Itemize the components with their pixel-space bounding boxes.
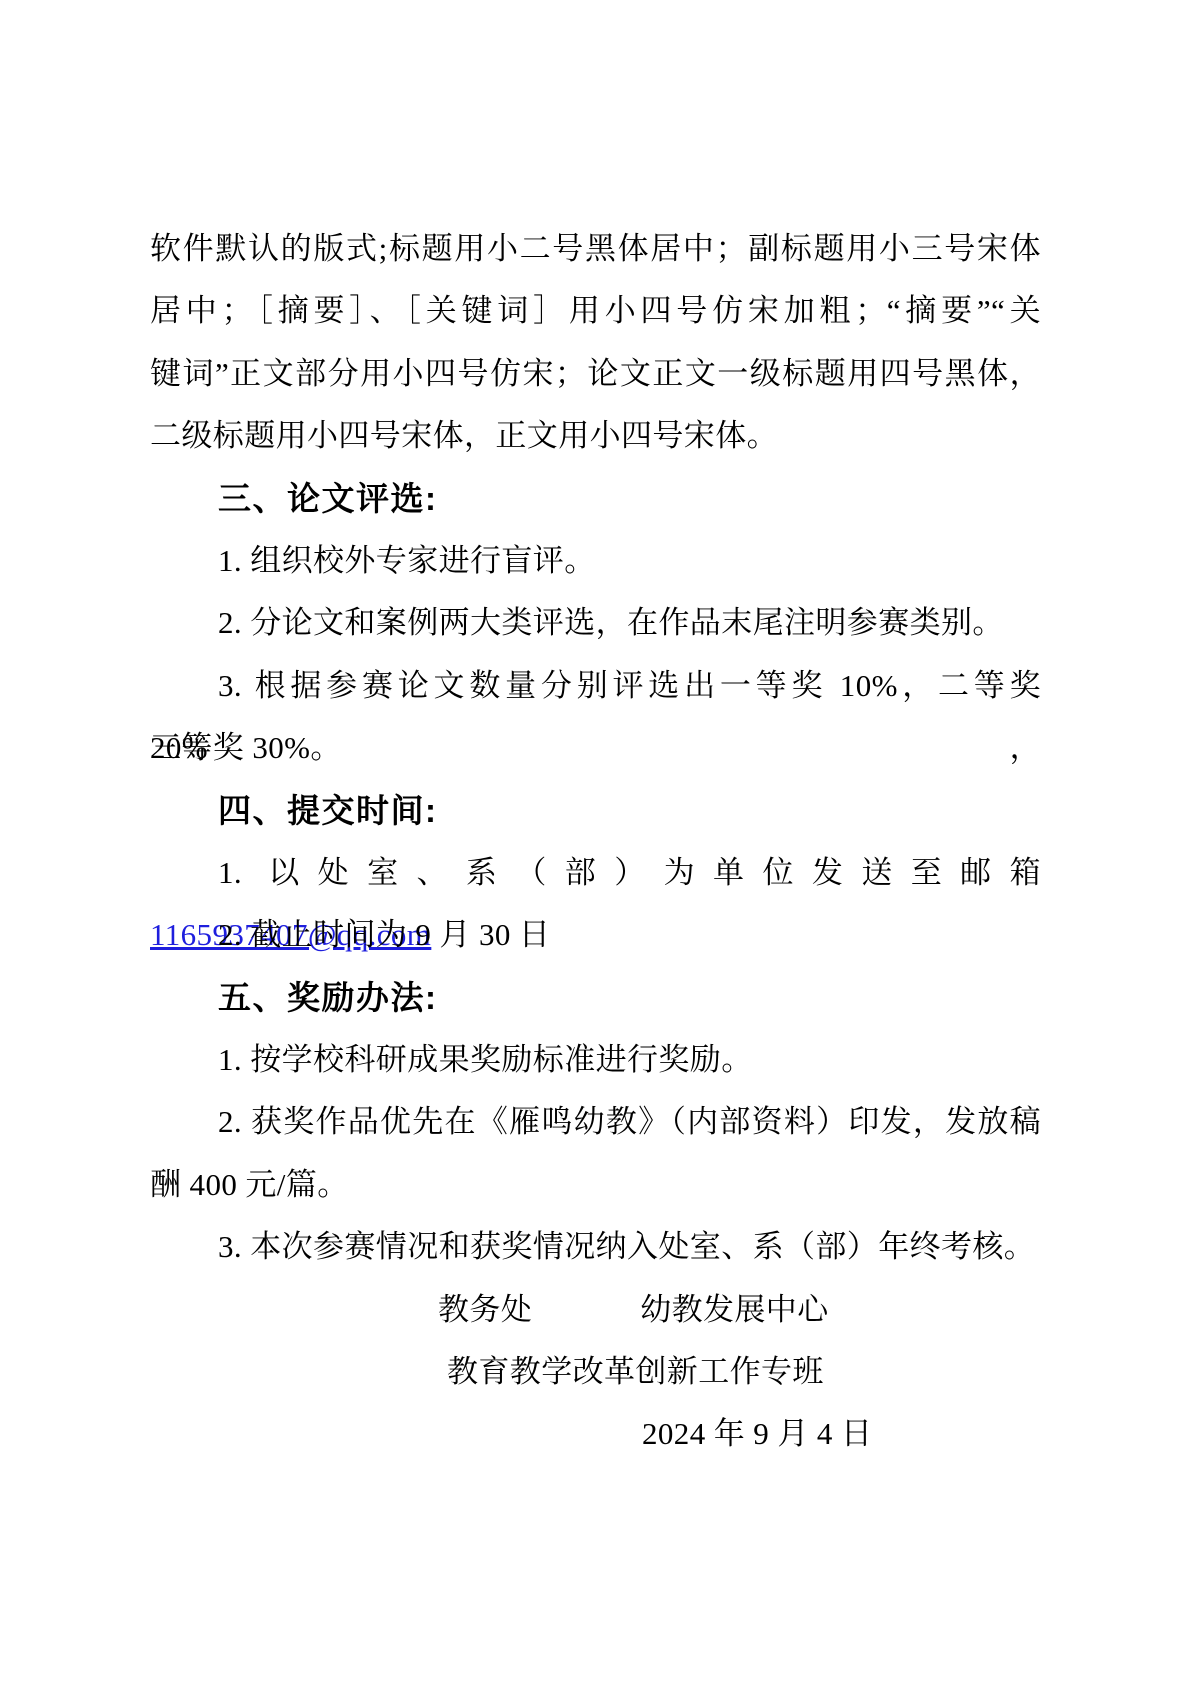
section3-item2: 2. 分论文和案例两大类评选，在作品末尾注明参赛类别。	[150, 592, 1041, 654]
signature-orgs: 教务处幼教发展中心	[150, 1279, 1041, 1341]
section5-heading: 五、奖励办法:	[150, 967, 1041, 1029]
section4-item1: 1. 以处室、系（部）为单位发送至邮箱 1165937407@qq.com	[150, 842, 1041, 904]
section3-item3-line1: 3. 根据参赛论文数量分别评选出一等奖 10%，二等奖 20%，	[150, 655, 1041, 717]
section5-item3: 3. 本次参赛情况和获奖情况纳入处室、系（部）年终考核。	[150, 1216, 1041, 1278]
paragraph-line: 软件默认的版式;标题用小二号黑体居中；副标题用小三号宋体	[150, 218, 1041, 280]
section3-heading: 三、论文评选:	[150, 468, 1041, 530]
section4-heading: 四、提交时间:	[150, 780, 1041, 842]
section4-item2: 2. 截止时间为 9 月 30 日	[150, 904, 1041, 966]
paragraph-line: 键词”正文部分用小四号仿宋；论文正文一级标题用四号黑体，	[150, 343, 1041, 405]
paragraph-line: 二级标题用小四号宋体，正文用小四号宋体。	[150, 405, 1041, 467]
document-body: 软件默认的版式;标题用小二号黑体居中；副标题用小三号宋体 居中；［摘要］、［关键…	[150, 218, 1041, 1466]
section5-item2-line1: 2. 获奖作品优先在《雁鸣幼教》（内部资料）印发，发放稿	[150, 1091, 1041, 1153]
section3-item1: 1. 组织校外专家进行盲评。	[150, 530, 1041, 592]
document-page: 软件默认的版式;标题用小二号黑体居中；副标题用小三号宋体 居中；［摘要］、［关键…	[0, 0, 1191, 1684]
signature-org2: 幼教发展中心	[640, 1279, 828, 1341]
section5-item2-line2: 酬 400 元/篇。	[150, 1154, 1041, 1216]
signature-team: 教育教学改革创新工作专班	[150, 1341, 1041, 1403]
section5-item1: 1. 按学校科研成果奖励标准进行奖励。	[150, 1029, 1041, 1091]
signature-date: 2024 年 9 月 4 日	[150, 1403, 1041, 1465]
section4-item1-text: 1. 以处室、系（部）为单位发送至邮箱	[218, 855, 1041, 890]
paragraph-line: 居中；［摘要］、［关键词］用小四号仿宋加粗；“摘要”“关	[150, 280, 1041, 342]
signature-org1: 教务处	[438, 1292, 532, 1327]
